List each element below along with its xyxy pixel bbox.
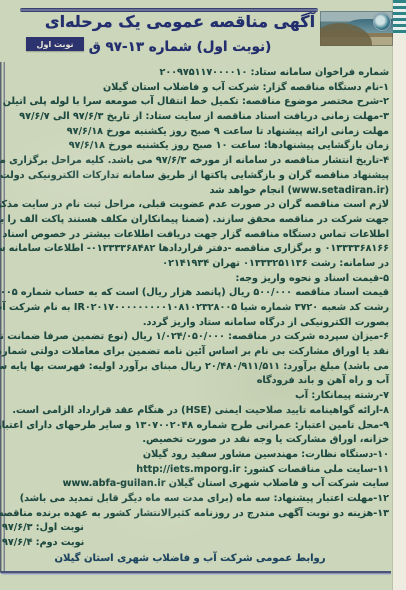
text-line: جهت شرکت در مناقصه محقق سازند. (ضمنا پیم… bbox=[0, 213, 391, 228]
scanned-tender-notice: آگهی مناقصه عمومی یک مرحله‌ای (نوبت اول)… bbox=[0, 0, 406, 590]
text-line: قیمت اسناد مناقصه ۵۰۰/۰۰۰ ریال (پانصد هز… bbox=[0, 286, 391, 301]
text-line: لازم است مناقصه گران در صورت عدم عضویت ق… bbox=[0, 198, 391, 213]
text-line: (www.setadiran.ir) انجام خواهد شد bbox=[0, 184, 391, 199]
text-line: ۴-تاریخ انتشار مناقصه در سامانه از مورخه… bbox=[0, 154, 391, 169]
body-lines: شماره فراخوان سامانه ستاد: ۲۰۰۹۷۵۱۱۷۰۰۰۰… bbox=[0, 66, 391, 552]
bottom-border-rule bbox=[0, 571, 391, 575]
text-line: ۹-محل تامین اعتبار: عمرانی طرح شماره ۱۳۰… bbox=[0, 419, 391, 434]
text-line: سایت شرکت آب و فاضلاب شهری استان گیلان w… bbox=[0, 477, 391, 492]
text-line: ۱۱-سایت ملی مناقصات کشور: http://iets.mp… bbox=[0, 463, 391, 478]
water-company-seal-icon bbox=[373, 13, 391, 31]
text-line: ۱۰-دستگاه نظارت: مهندسین مشاور سفید رود … bbox=[0, 448, 391, 463]
text-line: نقد یا اوراق مشارکت بی نام بر اساس آئین … bbox=[0, 345, 391, 360]
text-line: خزانه، اوراق مشارکت یا وجه نقد در صورت ت… bbox=[0, 433, 391, 448]
text-line: پیشنهاد مناقصه گران و بازگشایی پاکتها از… bbox=[0, 169, 391, 184]
paper-edge bbox=[392, 0, 406, 590]
dam-landscape-photo bbox=[320, 11, 393, 46]
text-line: رشت کد شعبه ۳۷۲۰ شماره شبا IR۰۲۰۱۷۰۰۰۰۰۰… bbox=[0, 301, 391, 316]
text-line: ۲-شرح مختصر موضوع مناقصه: تکمیل خط انتقا… bbox=[0, 95, 391, 110]
text-line: در سامانه: رشت ۰۱۳۳۳۲۵۱۱۳۶ تهران ۰۲۱۴۱۹۳… bbox=[0, 257, 391, 272]
text-line: ۷-رشته پیمانکار: آب bbox=[0, 389, 391, 404]
tender-ad: آگهی مناقصه عمومی یک مرحله‌ای (نوبت اول)… bbox=[0, 0, 393, 590]
ad-title: آگهی مناقصه عمومی یک مرحله‌ای bbox=[30, 12, 330, 31]
text-line: زمان بازگشایی پیشنهادها: ساعت ۱۰ صبح روز… bbox=[0, 139, 391, 154]
text-line: ۱۲-مهلت اعتبار پیشنهاد: سه ماه (برای مدت… bbox=[0, 492, 391, 507]
text-line: نوبت اول: ۹۷/۶/۳ bbox=[0, 521, 391, 536]
edition-badge: نوبت اول bbox=[26, 37, 84, 51]
text-line: اطلاعات تماس دستگاه مناقصه گزار جهت دریا… bbox=[0, 228, 391, 243]
text-line: نوبت دوم: ۹۷/۶/۴ bbox=[0, 536, 391, 551]
text-line: ۸-ارائه گواهینامه تایید صلاحیت ایمنی (HS… bbox=[0, 404, 391, 419]
text-line: آب و راه آهن و باند فرودگاه bbox=[0, 374, 391, 389]
text-line: ۰۱۳۳۳۳۶۸۱۶۶ و برگزاری مناقصه -دفتر قرارد… bbox=[0, 242, 391, 257]
text-line: ۵-قیمت اسناد و نحوه واریز وجه: bbox=[0, 272, 391, 287]
text-line: مهلت زمانی ارائه پیشنهاد تا ساعت ۹ صبح ر… bbox=[0, 125, 391, 140]
text-line: ۳-مهلت زمانی دریافت اسناد مناقصه از سایت… bbox=[0, 110, 391, 125]
text-line: ۱-نام دستگاه مناقصه گزار: شرکت آب و فاضل… bbox=[0, 81, 391, 96]
text-line: ۱۳-هزینه دو نوبت آگهی مندرج در روزنامه ک… bbox=[0, 507, 391, 522]
text-line: می باشد) مبلغ برآورد: ۲۰/۴۸۰/۹۱۱/۵۱۱ ریا… bbox=[0, 360, 391, 375]
signature-line: روابط عمومی شرکت آب و فاضلاب شهری استان … bbox=[40, 553, 340, 564]
text-line: بصورت الکترونیکی از درگاه سامانه ستاد وا… bbox=[0, 316, 391, 331]
newspaper-edge-pattern bbox=[393, 0, 406, 34]
text-line: شماره فراخوان سامانه ستاد: ۲۰۰۹۷۵۱۱۷۰۰۰۰… bbox=[0, 66, 391, 81]
text-line: ۶-میزان سپرده شرکت در مناقصه: ۱/۰۲۴/۰۵۰/… bbox=[0, 330, 391, 345]
